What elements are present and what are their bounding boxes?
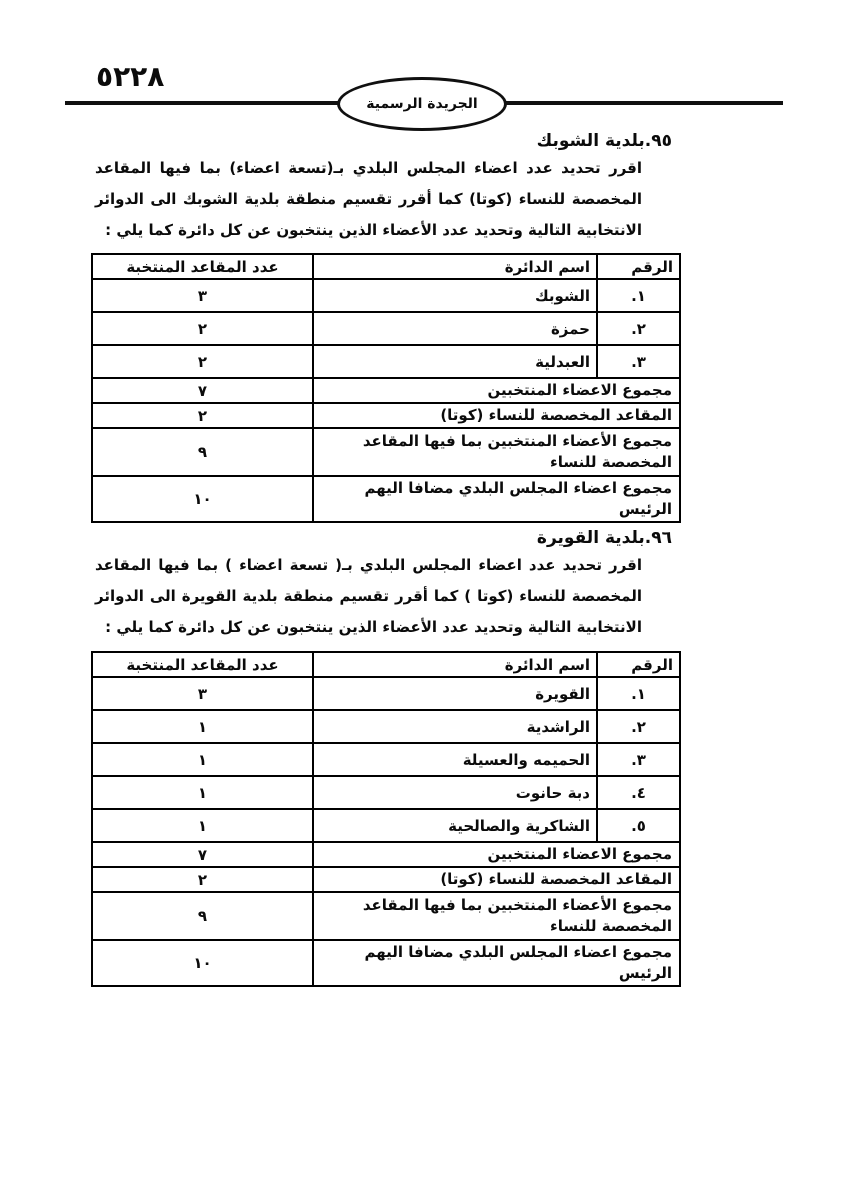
cell-total-label: المقاعد المخصصة للنساء (كوتا)	[313, 403, 680, 428]
district-table-shobak: الرقماسم الدائرةعدد المقاعد المنتخبة١.ال…	[91, 253, 681, 523]
cell-total-label: مجموع اعضاء المجلس البلدي مضافا اليهم ال…	[313, 940, 680, 986]
total-row: مجموع اعضاء المجلس البلدي مضافا اليهم ال…	[92, 940, 680, 986]
cell-total-value: ٧	[92, 378, 313, 403]
cell-rank: ٣.	[597, 743, 680, 776]
cell-total-label: مجموع الأعضاء المنتخبين بما فيها المقاعد…	[313, 428, 680, 476]
district-row: ٣.الحميمه والعسيلة١	[92, 743, 680, 776]
header-cell-district-name: اسم الدائرة	[313, 254, 597, 279]
cell-rank: ٥.	[597, 809, 680, 842]
cell-total-label: مجموع الاعضاء المنتخبين	[313, 842, 680, 867]
cell-district-name: العبدلية	[313, 345, 597, 378]
cell-total-value: ٩	[92, 428, 313, 476]
gazette-title: الجريدة الرسمية	[366, 96, 477, 112]
cell-district-name: الشاكرية والصالحية	[313, 809, 597, 842]
table-header-row: الرقماسم الدائرةعدد المقاعد المنتخبة	[92, 254, 680, 279]
cell-district-name: الراشدية	[313, 710, 597, 743]
district-row: ٢.حمزة٢	[92, 312, 680, 345]
total-row: المقاعد المخصصة للنساء (كوتا)٢	[92, 867, 680, 892]
cell-seat-count: ١	[92, 776, 313, 809]
total-row: مجموع الأعضاء المنتخبين بما فيها المقاعد…	[92, 428, 680, 476]
cell-district-name: الشوبك	[313, 279, 597, 312]
header-cell-elected-seats: عدد المقاعد المنتخبة	[92, 254, 313, 279]
header-cell-district-name: اسم الدائرة	[313, 652, 597, 677]
total-row: مجموع اعضاء المجلس البلدي مضافا اليهم ال…	[92, 476, 680, 522]
district-row: ٢.الراشدية١	[92, 710, 680, 743]
section-title-96: ٩٦.بلدية القويرة	[537, 528, 672, 548]
cell-total-label: مجموع الاعضاء المنتخبين	[313, 378, 680, 403]
district-row: ١.القويرة٣	[92, 677, 680, 710]
cell-seat-count: ٢	[92, 345, 313, 378]
district-row: ٤.دبة حانوت١	[92, 776, 680, 809]
cell-seat-count: ٢	[92, 312, 313, 345]
cell-total-value: ٩	[92, 892, 313, 940]
page-number: ٥٢٢٨	[96, 60, 164, 93]
cell-total-value: ١٠	[92, 476, 313, 522]
district-row: ٥.الشاكرية والصالحية١	[92, 809, 680, 842]
section-paragraph-95: اقرر تحديد عدد اعضاء المجلس البلدي بـ(تس…	[95, 153, 642, 246]
cell-district-name: حمزة	[313, 312, 597, 345]
total-row: مجموع الاعضاء المنتخبين٧	[92, 378, 680, 403]
cell-rank: ٤.	[597, 776, 680, 809]
cell-total-value: ١٠	[92, 940, 313, 986]
cell-total-value: ٢	[92, 867, 313, 892]
header-cell-rank: الرقم	[597, 254, 680, 279]
cell-total-label: مجموع الأعضاء المنتخبين بما فيها المقاعد…	[313, 892, 680, 940]
cell-total-value: ٧	[92, 842, 313, 867]
cell-seat-count: ٣	[92, 677, 313, 710]
cell-district-name: القويرة	[313, 677, 597, 710]
header-cell-rank: الرقم	[597, 652, 680, 677]
cell-district-name: الحميمه والعسيلة	[313, 743, 597, 776]
cell-rank: ١.	[597, 279, 680, 312]
total-row: المقاعد المخصصة للنساء (كوتا)٢	[92, 403, 680, 428]
total-row: مجموع الأعضاء المنتخبين بما فيها المقاعد…	[92, 892, 680, 940]
cell-total-label: مجموع اعضاء المجلس البلدي مضافا اليهم ال…	[313, 476, 680, 522]
gazette-page: { "header": { "page_number": "٥٢٢٨", "ga…	[0, 0, 850, 1193]
section-title-95: ٩٥.بلدية الشوبك	[537, 131, 672, 151]
cell-rank: ٢.	[597, 710, 680, 743]
cell-rank: ١.	[597, 677, 680, 710]
cell-district-name: دبة حانوت	[313, 776, 597, 809]
table-header-row: الرقماسم الدائرةعدد المقاعد المنتخبة	[92, 652, 680, 677]
district-row: ٣.العبدلية٢	[92, 345, 680, 378]
cell-rank: ٣.	[597, 345, 680, 378]
cell-rank: ٢.	[597, 312, 680, 345]
header-cell-elected-seats: عدد المقاعد المنتخبة	[92, 652, 313, 677]
section-paragraph-96: اقرر تحديد عدد اعضاء المجلس البلدي بـ( ت…	[95, 550, 642, 643]
cell-seat-count: ١	[92, 743, 313, 776]
gazette-oval-seal: الجريدة الرسمية	[337, 77, 507, 131]
cell-total-label: المقاعد المخصصة للنساء (كوتا)	[313, 867, 680, 892]
district-table-quwairah: الرقماسم الدائرةعدد المقاعد المنتخبة١.ال…	[91, 651, 681, 987]
cell-total-value: ٢	[92, 403, 313, 428]
district-row: ١.الشوبك٣	[92, 279, 680, 312]
cell-seat-count: ٣	[92, 279, 313, 312]
cell-seat-count: ١	[92, 809, 313, 842]
total-row: مجموع الاعضاء المنتخبين٧	[92, 842, 680, 867]
cell-seat-count: ١	[92, 710, 313, 743]
